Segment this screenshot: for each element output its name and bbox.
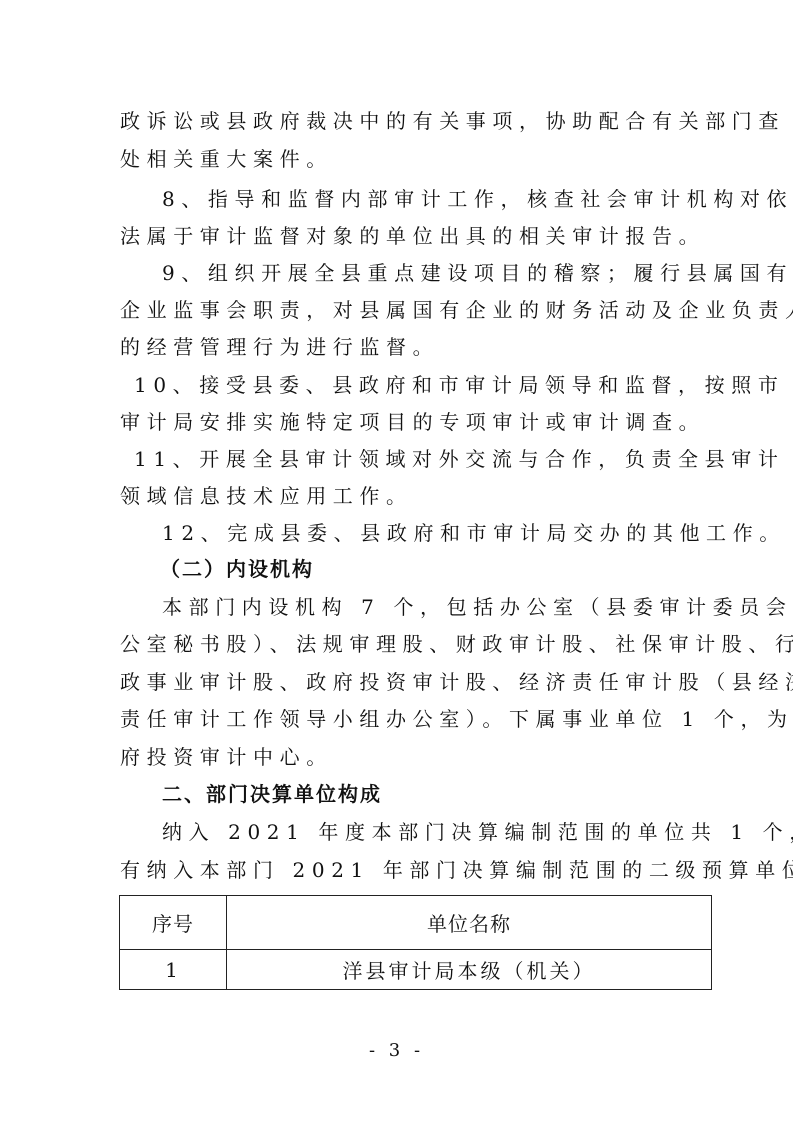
paragraph-line: 政诉讼或县政府裁决中的有关事项，协助配合有关部门查 xyxy=(120,108,680,134)
paragraph-line: 本部门内设机构 7 个，包括办公室（县委审计委员会办 xyxy=(162,594,722,620)
paragraph-line: 法属于审计监督对象的单位出具的相关审计报告。 xyxy=(120,223,680,249)
paragraph-line: 公室秘书股）、法规审理股、财政审计股、社保审计股、行 xyxy=(120,631,680,657)
paragraph-line: 10、接受县委、县政府和市审计局领导和监督，按照市 xyxy=(134,372,694,398)
paragraph-line: 11、开展全县审计领域对外交流与合作，负责全县审计 xyxy=(134,446,694,472)
section-heading: 二、部门决算单位构成 xyxy=(162,781,722,807)
header-cell-unit-name: 单位名称 xyxy=(227,896,712,950)
table-row: 1 洋县审计局本级（机关） xyxy=(120,950,712,990)
paragraph-line: 责任审计工作领导小组办公室）。下属事业单位 1 个，为政 xyxy=(120,706,680,732)
paragraph-line: 的经营管理行为进行监督。 xyxy=(120,334,680,360)
paragraph-line: 8、指导和监督内部审计工作，核查社会审计机构对依 xyxy=(162,186,722,212)
paragraph-line: 有纳入本部门 2021 年部门决算编制范围的二级预算单位。 xyxy=(120,857,680,883)
header-cell-index: 序号 xyxy=(120,896,227,950)
paragraph-line: 9、组织开展全县重点建设项目的稽察；履行县属国有 xyxy=(162,260,722,286)
cell-unit-name: 洋县审计局本级（机关） xyxy=(227,950,712,990)
document-page: 政诉讼或县政府裁决中的有关事项，协助配合有关部门查 处相关重大案件。 8、指导和… xyxy=(0,0,793,1122)
table-header-row: 序号 单位名称 xyxy=(120,896,712,950)
cell-index: 1 xyxy=(120,950,227,990)
paragraph-line: 企业监事会职责，对县属国有企业的财务活动及企业负责人 xyxy=(120,297,680,323)
section-heading: （二）内设机构 xyxy=(160,556,720,582)
paragraph-line: 审计局安排实施特定项目的专项审计或审计调查。 xyxy=(120,409,680,435)
paragraph-line: 领域信息技术应用工作。 xyxy=(120,483,680,509)
paragraph-line: 处相关重大案件。 xyxy=(120,146,680,172)
paragraph-line: 纳入 2021 年度本部门决算编制范围的单位共 1 个，没 xyxy=(162,819,722,845)
page-number: - 3 - xyxy=(0,1040,793,1061)
paragraph-line: 12、完成县委、县政府和市审计局交办的其他工作。 xyxy=(162,520,722,546)
paragraph-line: 政事业审计股、政府投资审计股、经济责任审计股（县经济 xyxy=(120,669,680,695)
paragraph-line: 府投资审计中心。 xyxy=(120,744,680,770)
unit-table: 序号 单位名称 1 洋县审计局本级（机关） xyxy=(119,895,712,990)
